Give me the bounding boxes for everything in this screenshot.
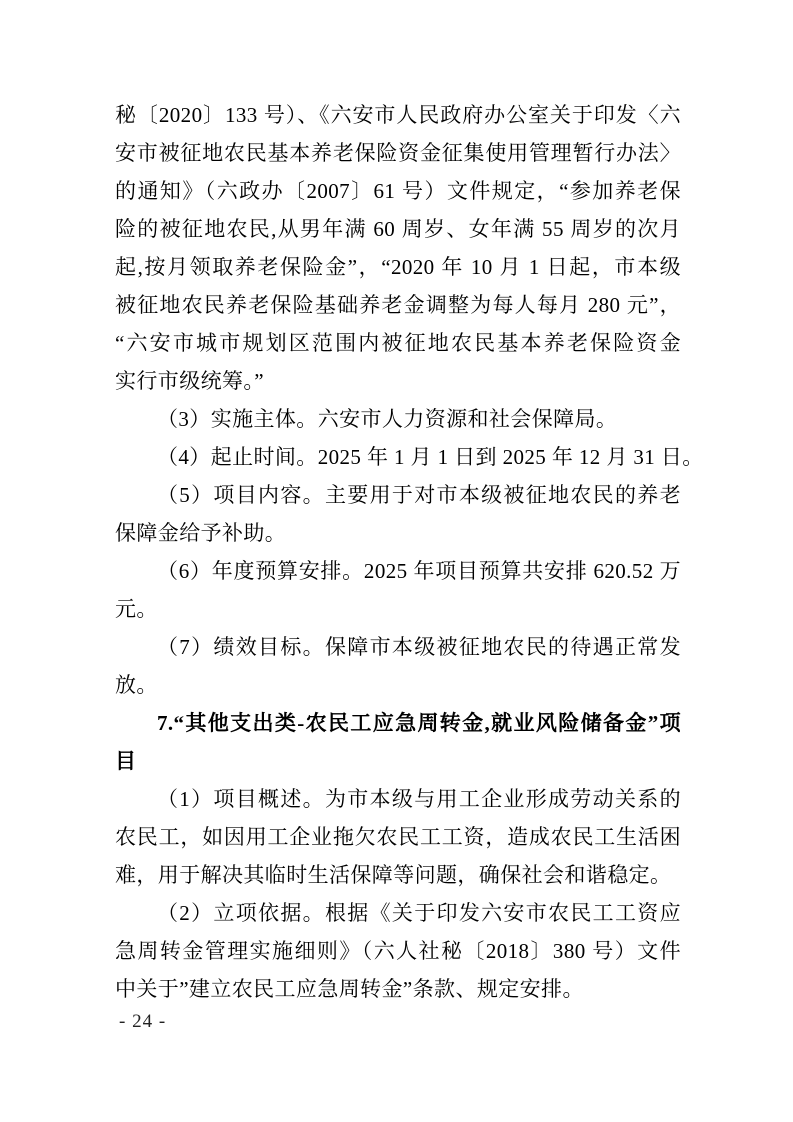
- text-line: 安市被征地农民基本养老保险资金征集使用管理暂行办法〉: [115, 134, 681, 172]
- text-line: （3）实施主体。六安市人力资源和社会保障局。: [115, 400, 681, 438]
- text-line: 急周转金管理实施细则》（六人社秘〔2018〕380 号）文件: [115, 932, 681, 970]
- text-line: 农民工，如因用工企业拖欠农民工工资，造成农民工生活困: [115, 818, 681, 856]
- page-number: - 24 -: [119, 1008, 166, 1036]
- text-line: （2）立项依据。根据《关于印发六安市农民工工资应: [115, 894, 681, 932]
- text-line: 险的被征地农民,从男年满 60 周岁、女年满 55 周岁的次月: [115, 210, 681, 248]
- text-line: （7）绩效目标。保障市本级被征地农民的待遇正常发: [115, 628, 681, 666]
- text-line: （5）项目内容。主要用于对市本级被征地农民的养老: [115, 476, 681, 514]
- document-page: 秘〔2020〕133 号）、《六安市人民政府办公室关于印发〈六安市被征地农民基本…: [0, 0, 793, 1122]
- text-line: 难，用于解决其临时生活保障等问题，确保社会和谐稳定。: [115, 856, 681, 894]
- text-line: （1）项目概述。为市本级与用工企业形成劳动关系的: [115, 780, 681, 818]
- text-line: 元。: [115, 590, 681, 628]
- text-line: （4）起止时间。2025 年 1 月 1 日到 2025 年 12 月 31 日…: [115, 438, 681, 476]
- text-line: 中关于”建立农民工应急周转金”条款、规定安排。: [115, 970, 681, 1008]
- text-line: （6）年度预算安排。2025 年项目预算共安排 620.52 万: [115, 552, 681, 590]
- section-heading-line: 7.“其他支出类-农民工应急周转金,就业风险储备金”项: [115, 704, 681, 742]
- text-line: 的通知》（六政办〔2007〕61 号）文件规定，“参加养老保: [115, 172, 681, 210]
- text-line: 实行市级统筹。”: [115, 362, 681, 400]
- text-line: 保障金给予补助。: [115, 514, 681, 552]
- text-line: 被征地农民养老保险基础养老金调整为每人每月 280 元”，: [115, 286, 681, 324]
- text-line: “六安市城市规划区范围内被征地农民基本养老保险资金: [115, 324, 681, 362]
- text-line: 放。: [115, 666, 681, 704]
- document-body: 秘〔2020〕133 号）、《六安市人民政府办公室关于印发〈六安市被征地农民基本…: [115, 96, 681, 1008]
- section-heading-line: 目: [115, 742, 681, 780]
- text-line: 起,按月领取养老保险金”，“2020 年 10 月 1 日起，市本级: [115, 248, 681, 286]
- text-line: 秘〔2020〕133 号）、《六安市人民政府办公室关于印发〈六: [115, 96, 681, 134]
